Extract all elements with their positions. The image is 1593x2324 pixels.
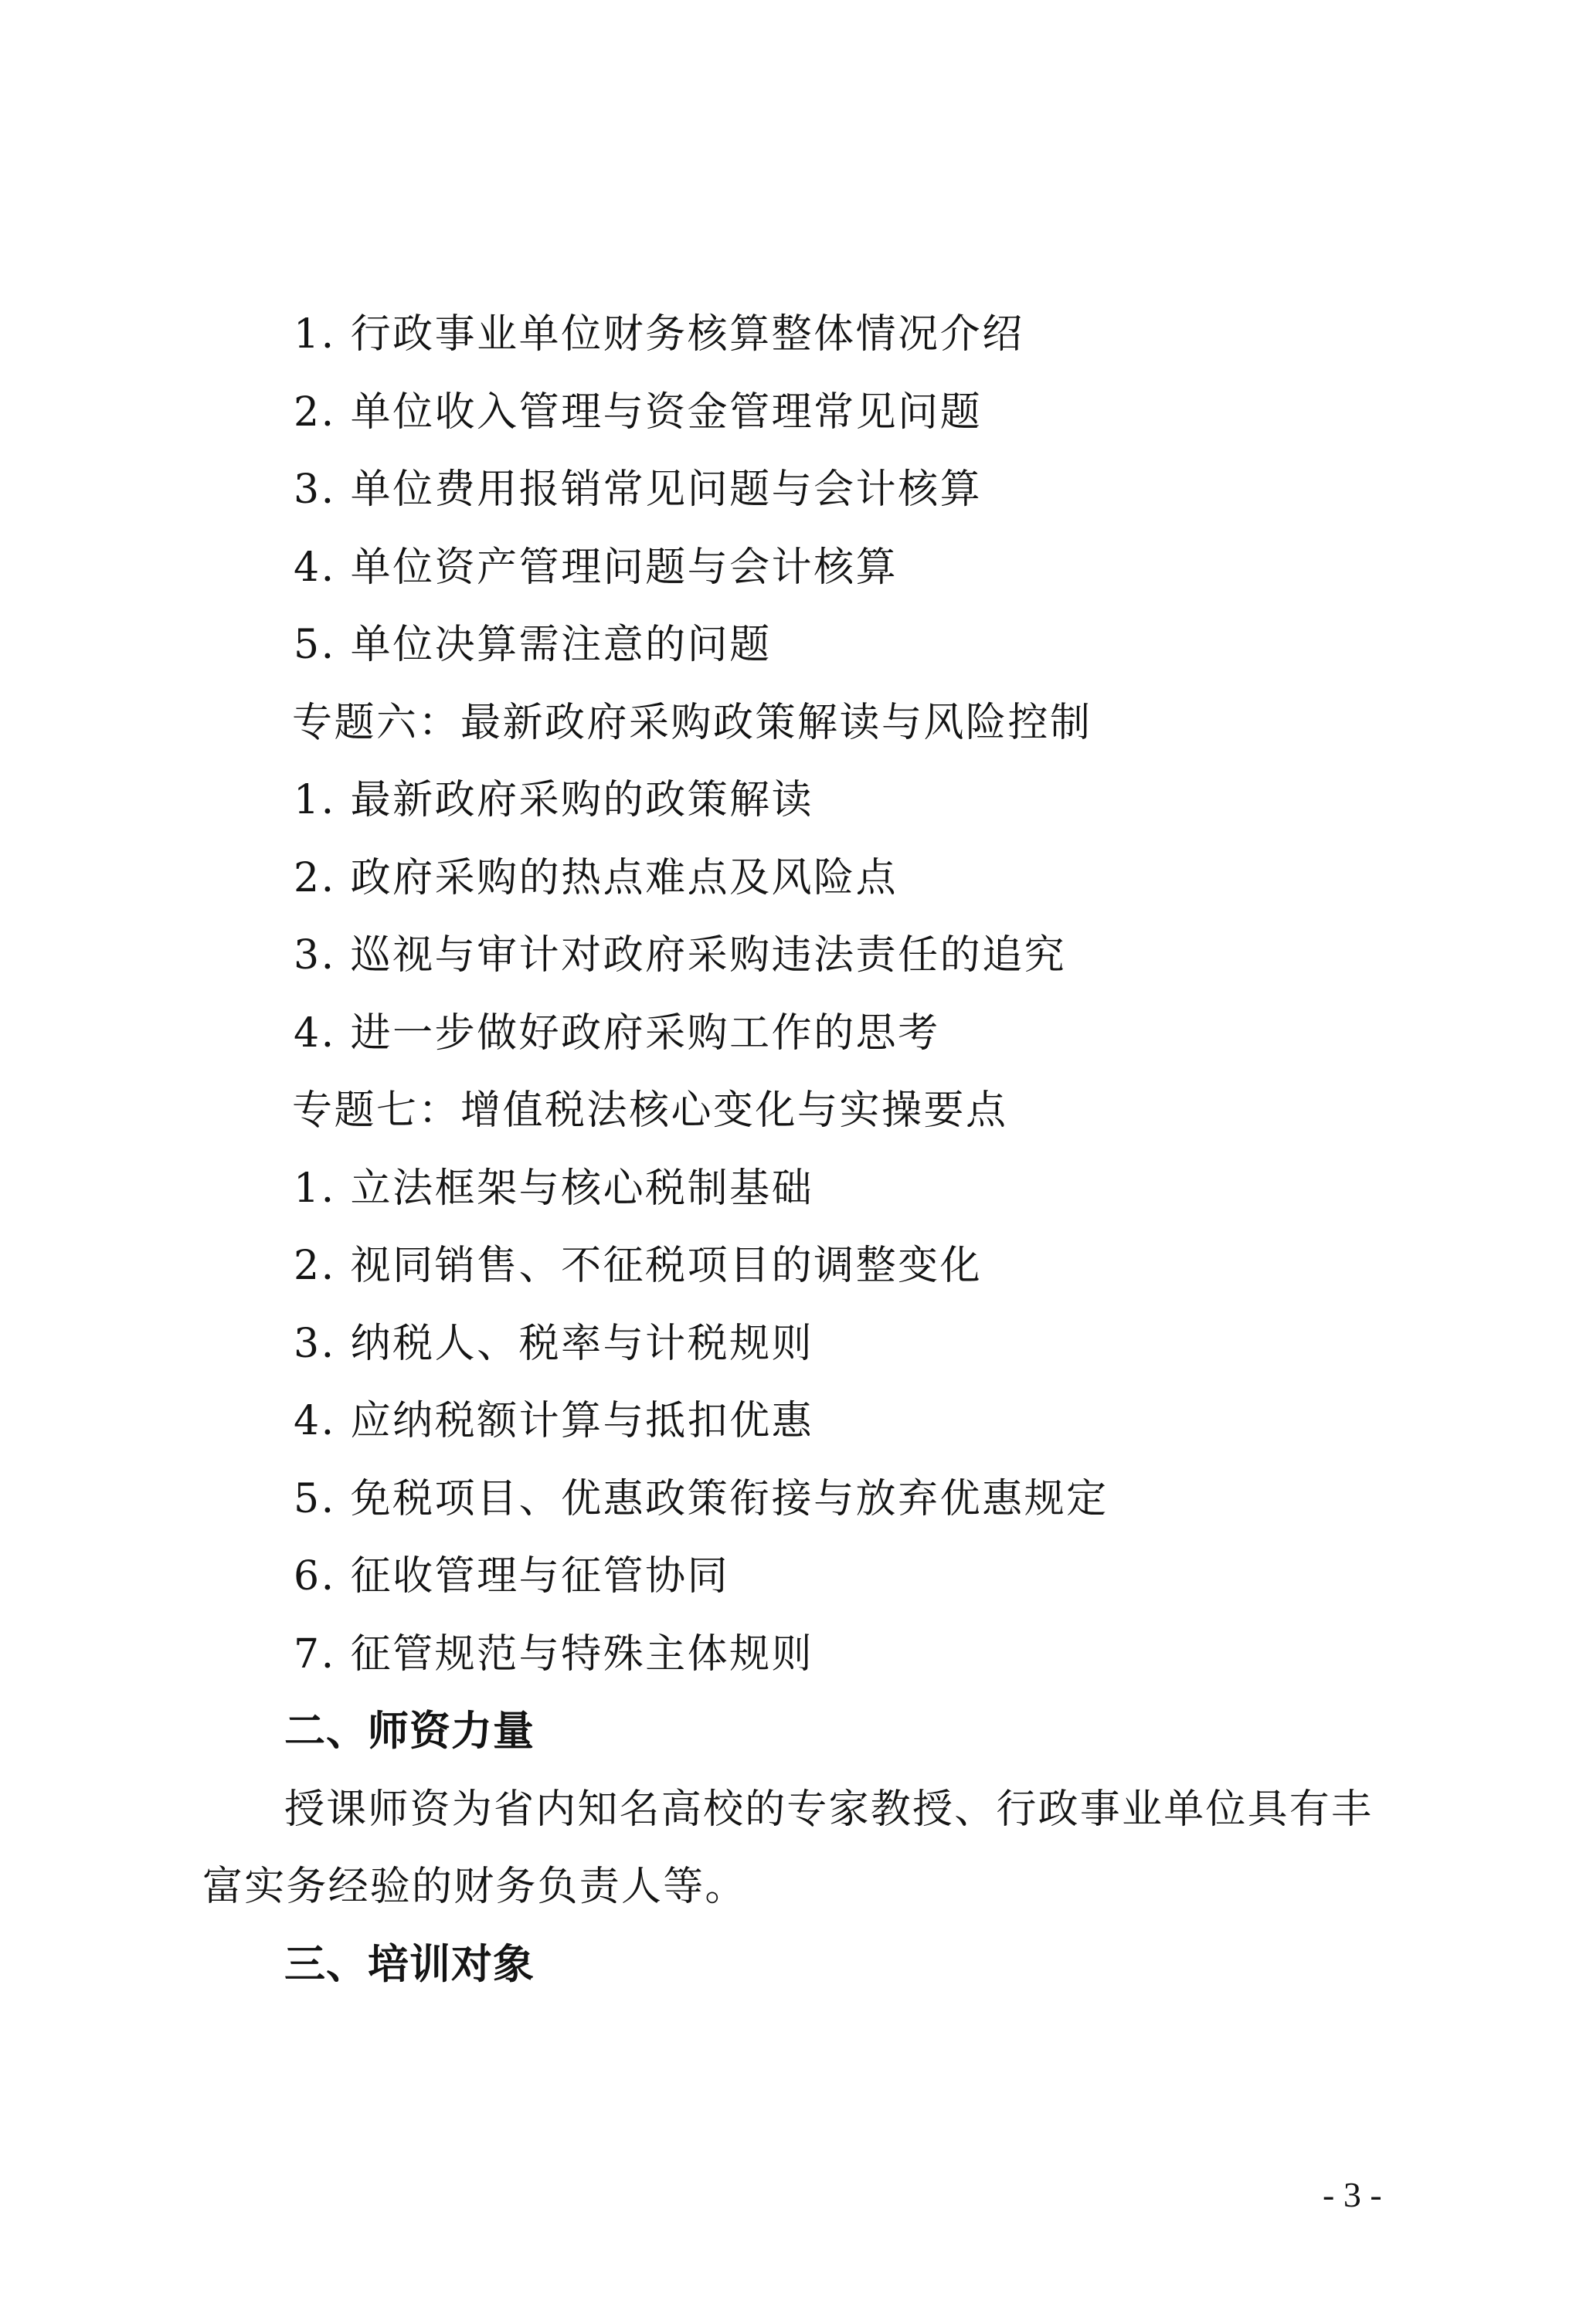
topic5-item-5: 5. 单位决算需注意的问题 <box>202 606 1392 684</box>
topic6-item-4: 4. 进一步做好政府采购工作的思考 <box>202 995 1392 1073</box>
topic5-item-3: 3. 单位费用报销常见问题与会计核算 <box>202 451 1392 529</box>
topic6-item-1: 1. 最新政府采购的政策解读 <box>202 762 1392 840</box>
topic6-title: 专题六：最新政府采购政策解读与风险控制 <box>202 684 1392 762</box>
section-heading-faculty: 二、师资力量 <box>202 1693 1392 1771</box>
page-number: - 3 - <box>1323 2172 1382 2218</box>
topic6-item-3: 3. 巡视与审计对政府采购违法责任的追究 <box>202 917 1392 995</box>
topic7-item-4: 4. 应纳税额计算与抵扣优惠 <box>202 1383 1392 1461</box>
document-page: 1. 行政事业单位财务核算整体情况介绍 2. 单位收入管理与资金管理常见问题 3… <box>0 0 1593 2324</box>
topic7-item-3: 3. 纳税人、税率与计税规则 <box>202 1305 1392 1383</box>
topic7-title: 专题七：增值税法核心变化与实操要点 <box>202 1072 1392 1150</box>
topic7-item-2: 2. 视同销售、不征税项目的调整变化 <box>202 1227 1392 1305</box>
topic6-item-2: 2. 政府采购的热点难点及风险点 <box>202 840 1392 918</box>
topic5-item-4: 4. 单位资产管理问题与会计核算 <box>202 529 1392 607</box>
topic5-item-2: 2. 单位收入管理与资金管理常见问题 <box>202 374 1392 452</box>
topic7-item-1: 1. 立法框架与核心税制基础 <box>202 1150 1392 1228</box>
section-heading-trainees: 三、培训对象 <box>202 1926 1392 2004</box>
page-content: 1. 行政事业单位财务核算整体情况介绍 2. 单位收入管理与资金管理常见问题 3… <box>202 296 1392 2003</box>
topic7-item-5: 5. 免税项目、优惠政策衔接与放弃优惠规定 <box>202 1461 1392 1539</box>
topic7-item-7: 7. 征管规范与特殊主体规则 <box>202 1616 1392 1694</box>
faculty-paragraph: 授课师资为省内知名高校的专家教授、行政事业单位具有丰富实务经验的财务负责人等。 <box>202 1771 1392 1926</box>
topic5-item-1: 1. 行政事业单位财务核算整体情况介绍 <box>202 296 1392 374</box>
topic7-item-6: 6. 征收管理与征管协同 <box>202 1538 1392 1616</box>
